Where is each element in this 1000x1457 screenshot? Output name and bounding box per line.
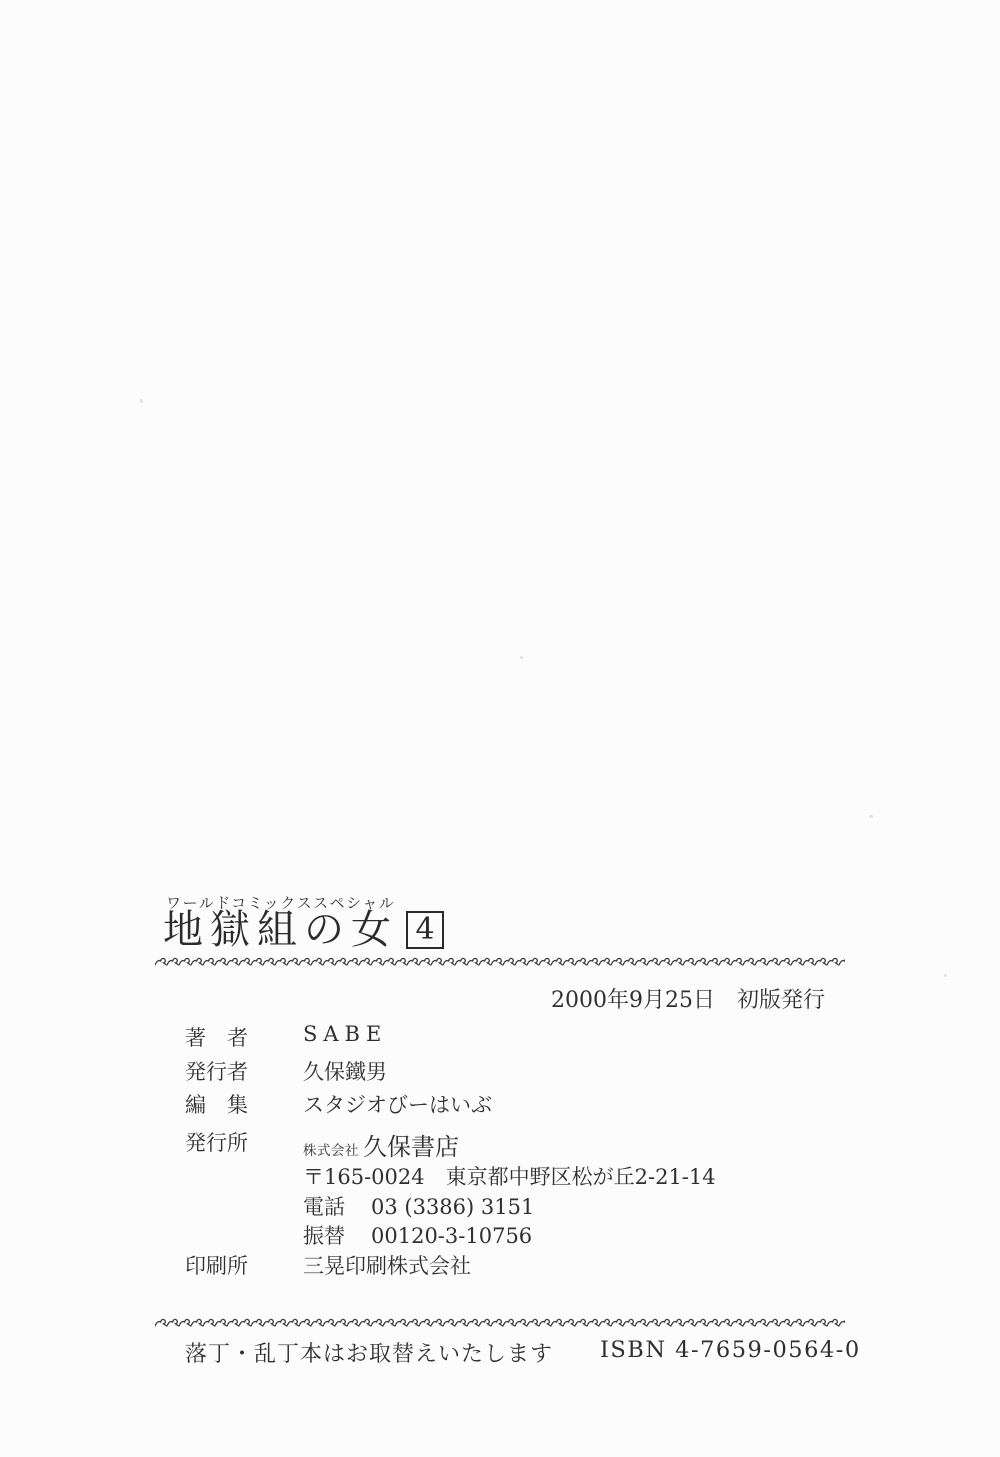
house-name: 久保書店: [363, 1133, 459, 1161]
phone-label: 電話: [303, 1195, 345, 1219]
postal-transfer-line: 振替00120-3-10756: [303, 1220, 532, 1250]
publisher-label: 発行者: [185, 1056, 248, 1086]
author-label: 著 者: [185, 1022, 248, 1052]
publisher-name: 久保鐵男: [303, 1056, 387, 1086]
phone-line: 電話03 (3386) 3151: [303, 1191, 534, 1221]
volume-number-box: 4: [406, 911, 444, 949]
company-prefix: 株式会社: [303, 1143, 359, 1159]
scan-speck: [944, 974, 947, 977]
ornamental-border-top: [155, 954, 845, 967]
editor-name: スタジオびーはいぶ: [303, 1089, 492, 1119]
ornamental-border-bottom: [155, 1315, 845, 1328]
publisher-address: 〒165-0024 東京都中野区松が丘2-21-14: [303, 1161, 716, 1191]
isbn-number: ISBN 4-7659-0564-0: [600, 1337, 861, 1363]
phone-number: 03 (3386) 3151: [371, 1195, 534, 1219]
author-name: SABE: [303, 1022, 387, 1046]
publishing-house-label: 発行所: [185, 1127, 248, 1157]
defect-replacement-notice: 落丁・乱丁本はお取替えいたします: [185, 1337, 553, 1368]
book-title: 地獄組の女: [163, 910, 398, 950]
printer-label: 印刷所: [185, 1250, 248, 1280]
title-row: 地獄組の女 4: [163, 906, 444, 954]
scan-speck: [869, 815, 873, 818]
postal-transfer-label: 振替: [303, 1224, 345, 1248]
postal-transfer-number: 00120-3-10756: [371, 1224, 532, 1248]
printer-name: 三晃印刷株式会社: [303, 1250, 471, 1280]
edition-date-line: 2000年9月25日 初版発行: [551, 983, 825, 1014]
scan-speck: [520, 656, 523, 659]
publishing-house-name: 株式会社久保書店: [303, 1127, 459, 1162]
editor-label: 編 集: [185, 1089, 248, 1119]
scan-speck: [140, 399, 143, 403]
colophon-page: ワールドコミックススペシャル 地獄組の女 4 2000年9月25日 初版発行 著…: [0, 0, 1000, 1457]
